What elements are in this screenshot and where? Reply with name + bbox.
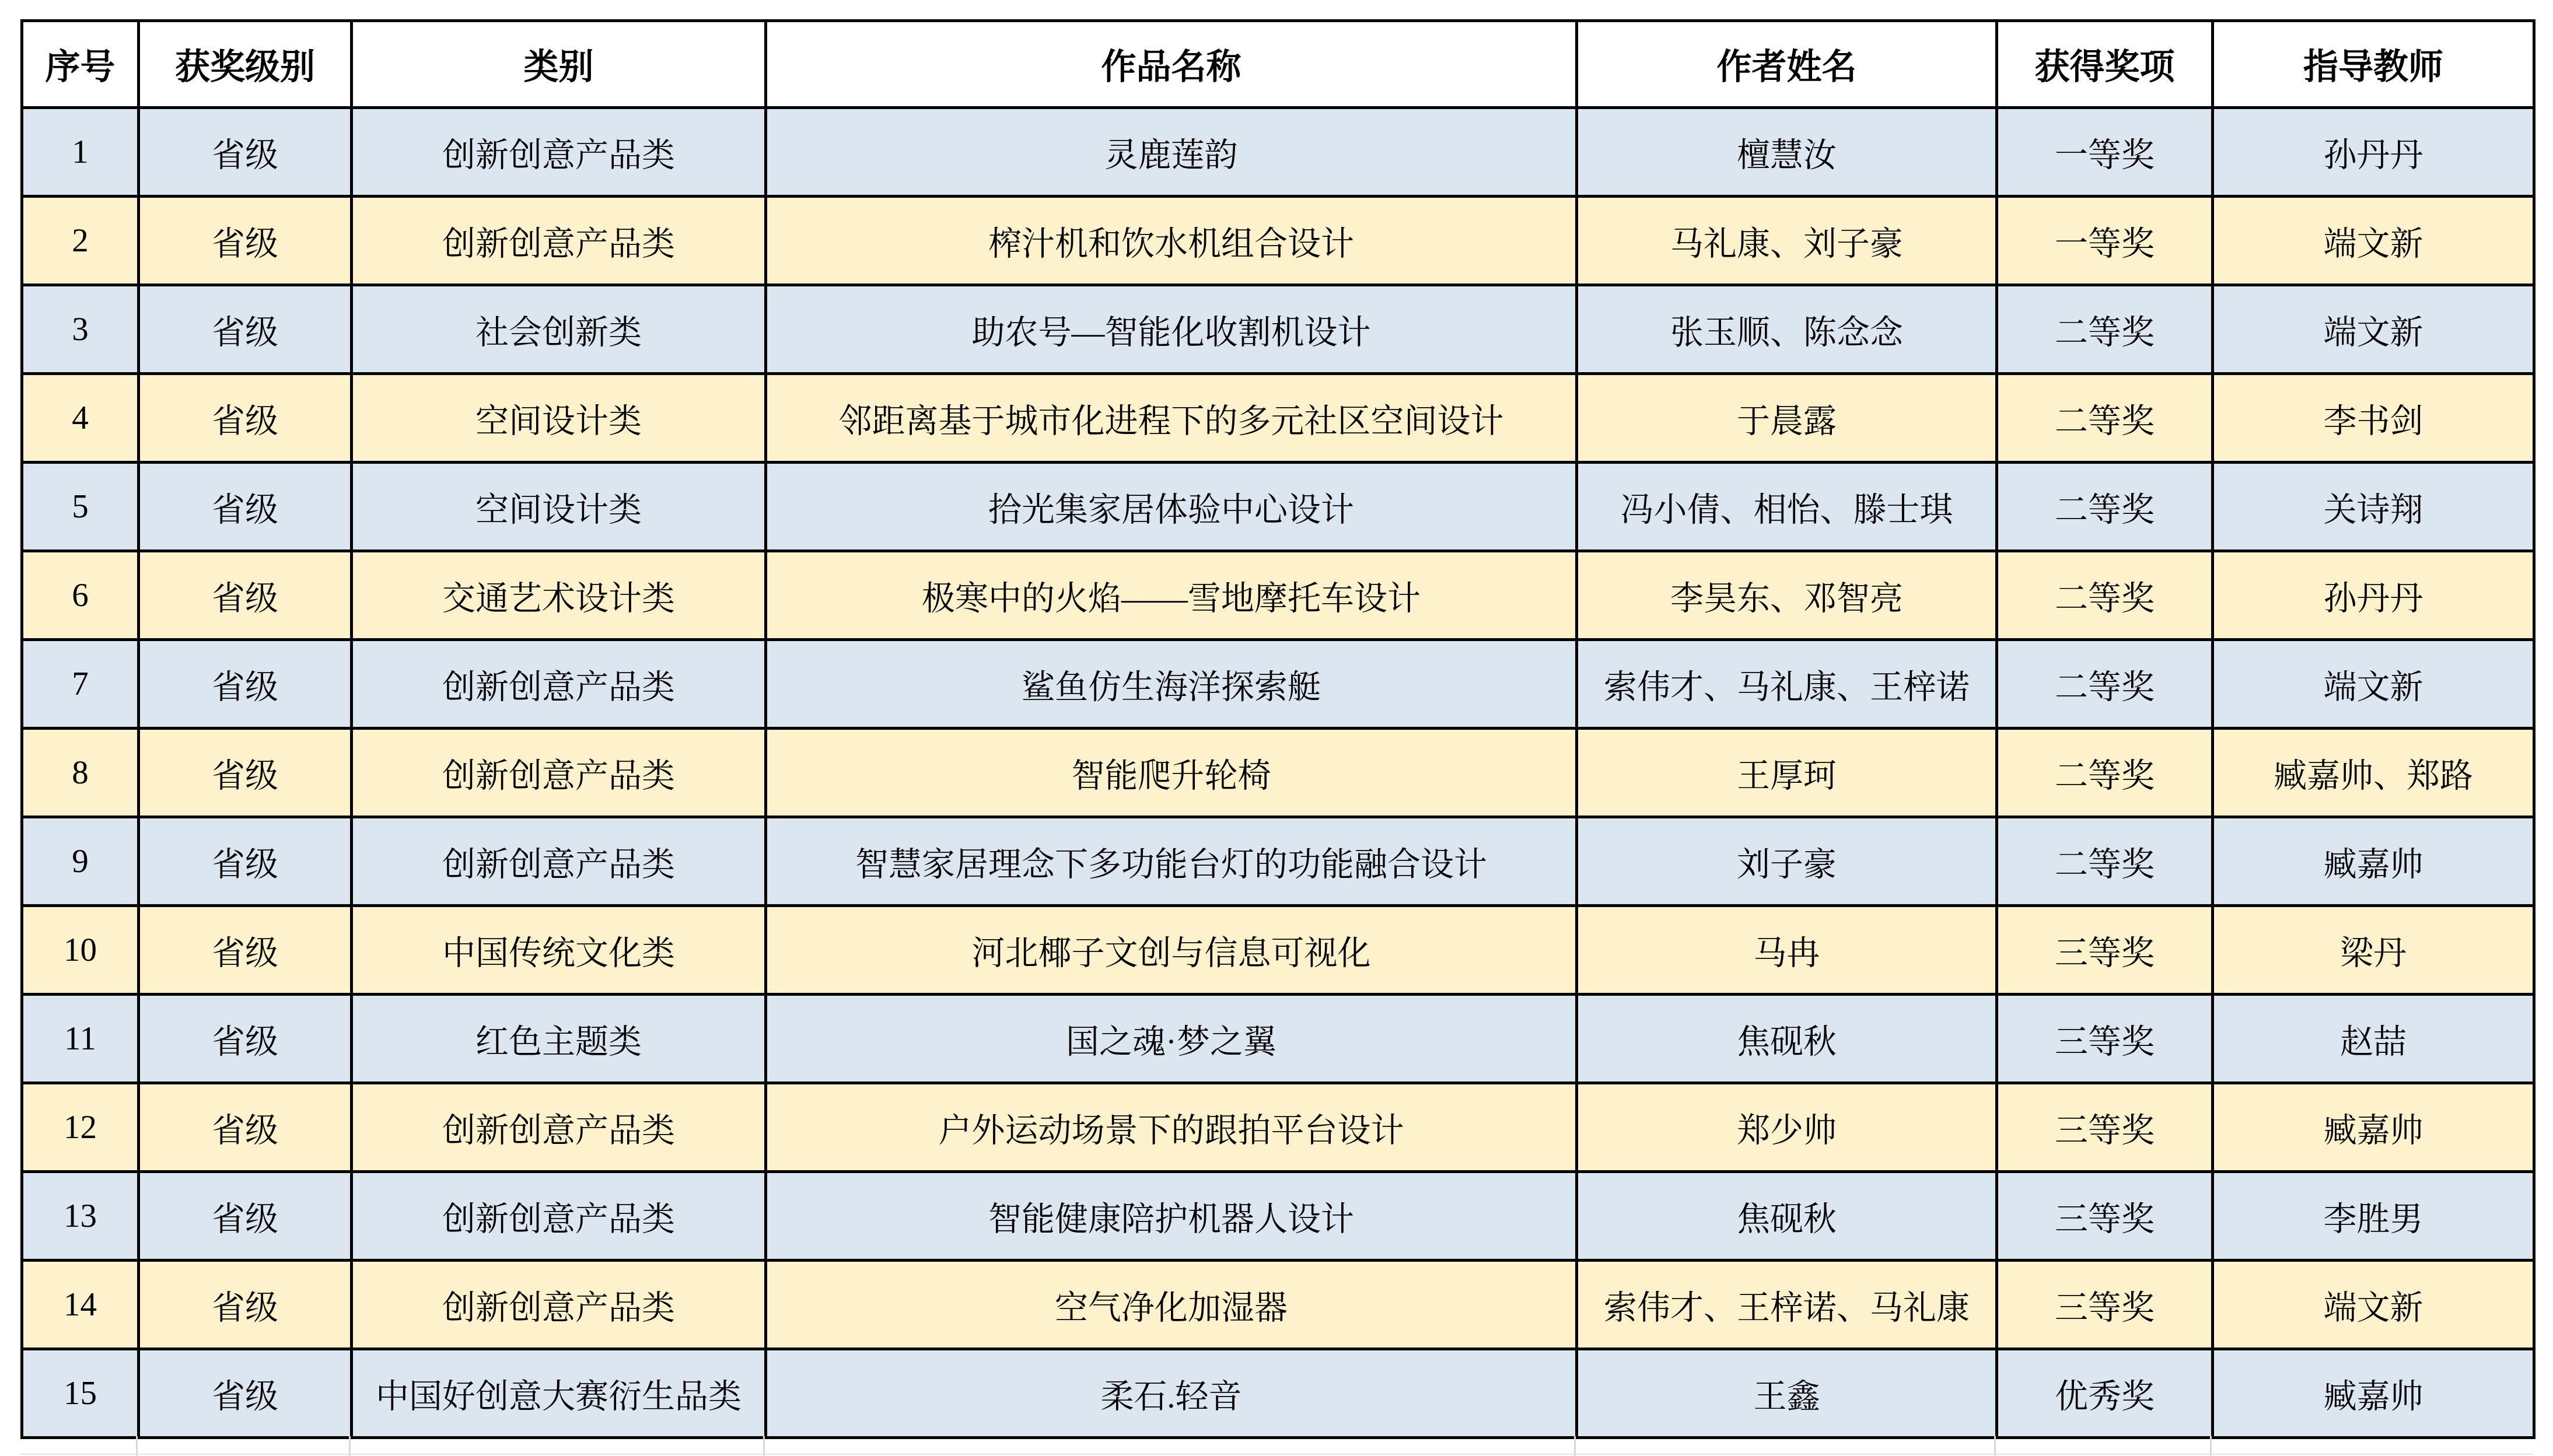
column-header-level: 获奖级别 [139, 21, 352, 108]
table-cell-teacher: 李胜男 [2213, 1172, 2534, 1261]
table-cell-level: 省级 [139, 995, 352, 1083]
table-cell-title: 智能健康陪护机器人设计 [766, 1172, 1577, 1261]
table-cell-authors: 张玉顺、陈念念 [1577, 285, 1997, 374]
table-cell-teacher: 梁丹 [2213, 906, 2534, 995]
table-cell-award: 三等奖 [1997, 1261, 2213, 1349]
table-cell-teacher: 端文新 [2213, 197, 2534, 285]
table-row: 13省级创新创意产品类智能健康陪护机器人设计焦砚秋三等奖李胜男 [22, 1172, 2534, 1261]
table-cell-authors: 焦砚秋 [1577, 995, 1997, 1083]
grid-stub [20, 1454, 2533, 1455]
table-cell-teacher: 端文新 [2213, 1261, 2534, 1349]
table-cell-title: 榨汁机和饮水机组合设计 [766, 197, 1577, 285]
table-cell-award: 二等奖 [1997, 463, 2213, 551]
table-cell-authors: 檀慧汝 [1577, 108, 1997, 197]
table-row: 3省级社会创新类助农号—智能化收割机设计张玉顺、陈念念二等奖端文新 [22, 285, 2534, 374]
table-cell-index: 11 [22, 995, 139, 1083]
table-cell-authors: 李昊东、邓智亮 [1577, 551, 1997, 640]
table-cell-index: 1 [22, 108, 139, 197]
table-cell-title: 智慧家居理念下多功能台灯的功能融合设计 [766, 817, 1577, 906]
table-cell-authors: 刘子豪 [1577, 817, 1997, 906]
table-row: 9省级创新创意产品类智慧家居理念下多功能台灯的功能融合设计刘子豪二等奖臧嘉帅 [22, 817, 2534, 906]
table-row: 11省级红色主题类国之魂·梦之翼焦砚秋三等奖赵喆 [22, 995, 2534, 1083]
table-cell-award: 三等奖 [1997, 995, 2213, 1083]
table-cell-title: 国之魂·梦之翼 [766, 995, 1577, 1083]
table-cell-level: 省级 [139, 640, 352, 729]
table-row: 12省级创新创意产品类户外运动场景下的跟拍平台设计郑少帅三等奖臧嘉帅 [22, 1083, 2534, 1172]
table-cell-teacher: 臧嘉帅、郑路 [2213, 729, 2534, 817]
table-row: 2省级创新创意产品类榨汁机和饮水机组合设计马礼康、刘子豪一等奖端文新 [22, 197, 2534, 285]
table-cell-award: 三等奖 [1997, 1172, 2213, 1261]
table-cell-index: 2 [22, 197, 139, 285]
table-cell-title: 鲨鱼仿生海洋探索艇 [766, 640, 1577, 729]
table-cell-title: 柔石.轻音 [766, 1349, 1577, 1438]
table-cell-level: 省级 [139, 1172, 352, 1261]
table-cell-category: 创新创意产品类 [352, 640, 766, 729]
table-cell-index: 5 [22, 463, 139, 551]
table-cell-category: 中国好创意大赛衍生品类 [352, 1349, 766, 1438]
table-cell-award: 二等奖 [1997, 551, 2213, 640]
table-cell-authors: 于晨露 [1577, 374, 1997, 463]
grid-stub [136, 1436, 138, 1456]
table-cell-teacher: 端文新 [2213, 640, 2534, 729]
table-cell-authors: 索伟才、王梓诺、马礼康 [1577, 1261, 1997, 1349]
table-cell-authors: 冯小倩、相怡、滕士琪 [1577, 463, 1997, 551]
table-cell-level: 省级 [139, 108, 352, 197]
table-cell-category: 创新创意产品类 [352, 729, 766, 817]
table-cell-category: 空间设计类 [352, 374, 766, 463]
column-header-authors: 作者姓名 [1577, 21, 1997, 108]
table-cell-award: 二等奖 [1997, 640, 2213, 729]
grid-stub [2210, 1436, 2212, 1456]
table-cell-title: 拾光集家居体验中心设计 [766, 463, 1577, 551]
column-header-category: 类别 [352, 21, 766, 108]
column-header-title: 作品名称 [766, 21, 1577, 108]
table-cell-category: 创新创意产品类 [352, 1083, 766, 1172]
table-row: 7省级创新创意产品类鲨鱼仿生海洋探索艇索伟才、马礼康、王梓诺二等奖端文新 [22, 640, 2534, 729]
table-cell-level: 省级 [139, 1083, 352, 1172]
table-cell-index: 8 [22, 729, 139, 817]
grid-stub [763, 1436, 765, 1456]
table-cell-level: 省级 [139, 197, 352, 285]
table-cell-level: 省级 [139, 729, 352, 817]
table-cell-teacher: 端文新 [2213, 285, 2534, 374]
table-cell-level: 省级 [139, 1349, 352, 1438]
grid-stub [1994, 1436, 1996, 1456]
table-cell-index: 15 [22, 1349, 139, 1438]
table-cell-index: 13 [22, 1172, 139, 1261]
table-cell-award: 二等奖 [1997, 285, 2213, 374]
table-cell-teacher: 臧嘉帅 [2213, 1349, 2534, 1438]
table-cell-category: 空间设计类 [352, 463, 766, 551]
page: 序号获奖级别类别作品名称作者姓名获得奖项指导教师 1省级创新创意产品类灵鹿莲韵檀… [0, 0, 2553, 1456]
table-cell-award: 三等奖 [1997, 906, 2213, 995]
column-header-index: 序号 [22, 21, 139, 108]
table-cell-category: 创新创意产品类 [352, 1261, 766, 1349]
table-cell-category: 创新创意产品类 [352, 817, 766, 906]
table-row: 14省级创新创意产品类空气净化加湿器索伟才、王梓诺、马礼康三等奖端文新 [22, 1261, 2534, 1349]
table-cell-category: 创新创意产品类 [352, 108, 766, 197]
table-cell-level: 省级 [139, 1261, 352, 1349]
table-cell-index: 6 [22, 551, 139, 640]
table-cell-title: 智能爬升轮椅 [766, 729, 1577, 817]
table-cell-award: 三等奖 [1997, 1083, 2213, 1172]
table-cell-authors: 马冉 [1577, 906, 1997, 995]
table-row: 10省级中国传统文化类河北椰子文创与信息可视化马冉三等奖梁丹 [22, 906, 2534, 995]
table-cell-award: 二等奖 [1997, 817, 2213, 906]
table-cell-authors: 索伟才、马礼康、王梓诺 [1577, 640, 1997, 729]
table-row: 8省级创新创意产品类智能爬升轮椅王厚珂二等奖臧嘉帅、郑路 [22, 729, 2534, 817]
table-cell-authors: 郑少帅 [1577, 1083, 1997, 1172]
table-cell-level: 省级 [139, 285, 352, 374]
table-cell-teacher: 李书剑 [2213, 374, 2534, 463]
table-cell-award: 二等奖 [1997, 374, 2213, 463]
table-cell-authors: 王鑫 [1577, 1349, 1997, 1438]
table-cell-level: 省级 [139, 817, 352, 906]
table-cell-index: 12 [22, 1083, 139, 1172]
table-cell-index: 9 [22, 817, 139, 906]
table-row: 15省级中国好创意大赛衍生品类柔石.轻音王鑫优秀奖臧嘉帅 [22, 1349, 2534, 1438]
table-cell-index: 7 [22, 640, 139, 729]
table-cell-title: 邻距离基于城市化进程下的多元社区空间设计 [766, 374, 1577, 463]
column-header-award: 获得奖项 [1997, 21, 2213, 108]
table-cell-category: 红色主题类 [352, 995, 766, 1083]
table-row: 6省级交通艺术设计类极寒中的火焰——雪地摩托车设计李昊东、邓智亮二等奖孙丹丹 [22, 551, 2534, 640]
table-cell-index: 10 [22, 906, 139, 995]
table-cell-award: 一等奖 [1997, 108, 2213, 197]
table-cell-category: 创新创意产品类 [352, 1172, 766, 1261]
grid-stub [1574, 1436, 1576, 1456]
table-cell-category: 交通艺术设计类 [352, 551, 766, 640]
table-cell-level: 省级 [139, 374, 352, 463]
grid-stub [349, 1436, 351, 1456]
table-cell-level: 省级 [139, 551, 352, 640]
table-cell-index: 4 [22, 374, 139, 463]
table-cell-index: 14 [22, 1261, 139, 1349]
table-cell-title: 空气净化加湿器 [766, 1261, 1577, 1349]
table-cell-level: 省级 [139, 906, 352, 995]
table-cell-authors: 王厚珂 [1577, 729, 1997, 817]
table-cell-title: 户外运动场景下的跟拍平台设计 [766, 1083, 1577, 1172]
table-cell-title: 极寒中的火焰——雪地摩托车设计 [766, 551, 1577, 640]
table-cell-teacher: 孙丹丹 [2213, 108, 2534, 197]
table-cell-title: 河北椰子文创与信息可视化 [766, 906, 1577, 995]
table-cell-teacher: 臧嘉帅 [2213, 1083, 2534, 1172]
table-cell-title: 助农号—智能化收割机设计 [766, 285, 1577, 374]
table-body: 1省级创新创意产品类灵鹿莲韵檀慧汝一等奖孙丹丹2省级创新创意产品类榨汁机和饮水机… [22, 108, 2534, 1438]
table-header-row: 序号获奖级别类别作品名称作者姓名获得奖项指导教师 [22, 21, 2534, 108]
table-cell-award: 优秀奖 [1997, 1349, 2213, 1438]
table-cell-authors: 焦砚秋 [1577, 1172, 1997, 1261]
table-cell-title: 灵鹿莲韵 [766, 108, 1577, 197]
table-cell-award: 一等奖 [1997, 197, 2213, 285]
awards-table: 序号获奖级别类别作品名称作者姓名获得奖项指导教师 1省级创新创意产品类灵鹿莲韵檀… [20, 19, 2535, 1439]
table-cell-category: 中国传统文化类 [352, 906, 766, 995]
table-cell-index: 3 [22, 285, 139, 374]
table-cell-teacher: 臧嘉帅 [2213, 817, 2534, 906]
table-cell-category: 社会创新类 [352, 285, 766, 374]
table-cell-category: 创新创意产品类 [352, 197, 766, 285]
table-cell-award: 二等奖 [1997, 729, 2213, 817]
table-cell-teacher: 关诗翔 [2213, 463, 2534, 551]
column-header-teacher: 指导教师 [2213, 21, 2534, 108]
table-cell-teacher: 赵喆 [2213, 995, 2534, 1083]
table-row: 1省级创新创意产品类灵鹿莲韵檀慧汝一等奖孙丹丹 [22, 108, 2534, 197]
table-header: 序号获奖级别类别作品名称作者姓名获得奖项指导教师 [22, 21, 2534, 108]
table-cell-level: 省级 [139, 463, 352, 551]
table-row: 4省级空间设计类邻距离基于城市化进程下的多元社区空间设计于晨露二等奖李书剑 [22, 374, 2534, 463]
table-cell-teacher: 孙丹丹 [2213, 551, 2534, 640]
table-row: 5省级空间设计类拾光集家居体验中心设计冯小倩、相怡、滕士琪二等奖关诗翔 [22, 463, 2534, 551]
table-cell-authors: 马礼康、刘子豪 [1577, 197, 1997, 285]
